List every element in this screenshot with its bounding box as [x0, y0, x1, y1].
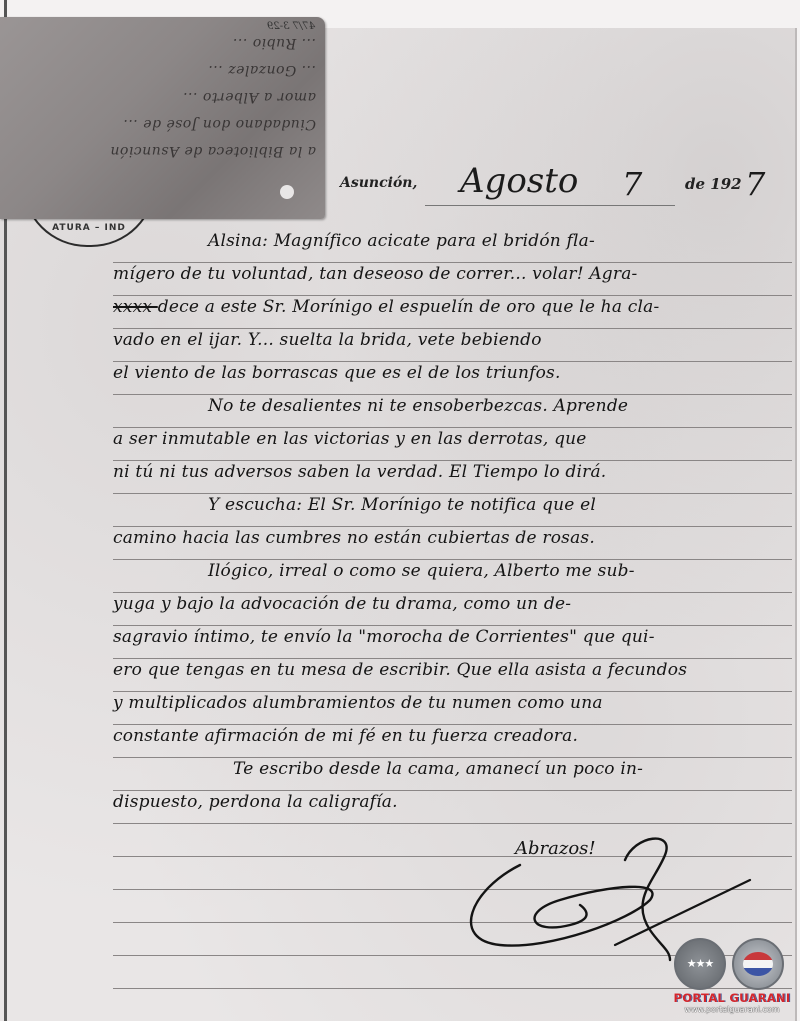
letter-line: dispuesto, perdona la caligrafía. [113, 786, 793, 819]
note-hole [280, 185, 294, 199]
year-prefix: de 192 [685, 175, 742, 193]
letter-dateline: Asunción, Agosto 7 de 192 7 [340, 163, 780, 213]
watermark-brand: PORTAL GUARANI [672, 991, 792, 1005]
letter-line: mígero de tu voluntad, tan deseoso de co… [113, 258, 793, 291]
letter-line: Ilógico, irreal o como se quiera, Albert… [113, 555, 793, 588]
letter-line: ni tú ni tus adversos saben la verdad. E… [113, 456, 793, 489]
place: Asunción, [340, 175, 417, 191]
letter-line: y multiplicados alumbramientos de tu num… [113, 687, 793, 720]
letter-line: yuga y bajo la advocación de tu drama, c… [113, 588, 793, 621]
note-line: ... Gonzalez ... [6, 56, 316, 83]
badge-flag-icon [732, 938, 784, 990]
note-line: a la Biblioteca de Asunción [6, 137, 316, 164]
letter-line: No te desalientes ni te ensoberbezcas. A… [113, 390, 793, 423]
portal-guarani-watermark: ★★★ PORTAL GUARANI www.portalguarani.com [672, 938, 792, 1018]
letter-line: Y escucha: El Sr. Morínigo te notifica q… [113, 489, 793, 522]
letter-line: Te escribo desde la cama, amanecí un poc… [113, 753, 793, 786]
badge-stars-icon: ★★★ [674, 938, 726, 990]
note-line: amor a Alberto ... [6, 83, 316, 110]
letter-body: Alsina: Magnífico acicate para el bridón… [113, 225, 793, 819]
note-line: ... Rubio ... [6, 29, 316, 56]
letter-line: constante afirmación de mi fé en tu fuer… [113, 720, 793, 753]
watermark-url: www.portalguarani.com [672, 1005, 792, 1014]
letter-line: sagravio íntimo, te envío la "morocha de… [113, 621, 793, 654]
letter-line: ero que tengas en tu mesa de escribir. Q… [113, 654, 793, 687]
date-underline [425, 205, 675, 206]
letter-line: el viento de las borrascas que es el de … [113, 357, 793, 390]
letter-line: a ser inmutable en las victorias y en la… [113, 423, 793, 456]
letter-line: vado en el ijar. Y... suelta la brida, v… [113, 324, 793, 357]
year-last-digit: 7 [745, 165, 765, 203]
ruled-line [113, 823, 792, 824]
letter-line: Alsina: Magnífico acicate para el bridón… [113, 225, 793, 258]
letter-line: camino hacia las cumbres no están cubier… [113, 522, 793, 555]
struck-word: xxxx [113, 297, 158, 317]
pasted-note: 47/7 3-29 a la Biblioteca de AsunciónCiu… [0, 17, 325, 219]
letter-line: xxxx dece a este Sr. Morínigo el espuelí… [113, 291, 793, 324]
date-day: 7 [622, 165, 642, 203]
date-month: Agosto [460, 161, 578, 201]
note-line: Ciudadano don José de ... [6, 110, 316, 137]
note-text: a la Biblioteca de AsunciónCiudadano don… [6, 29, 316, 164]
